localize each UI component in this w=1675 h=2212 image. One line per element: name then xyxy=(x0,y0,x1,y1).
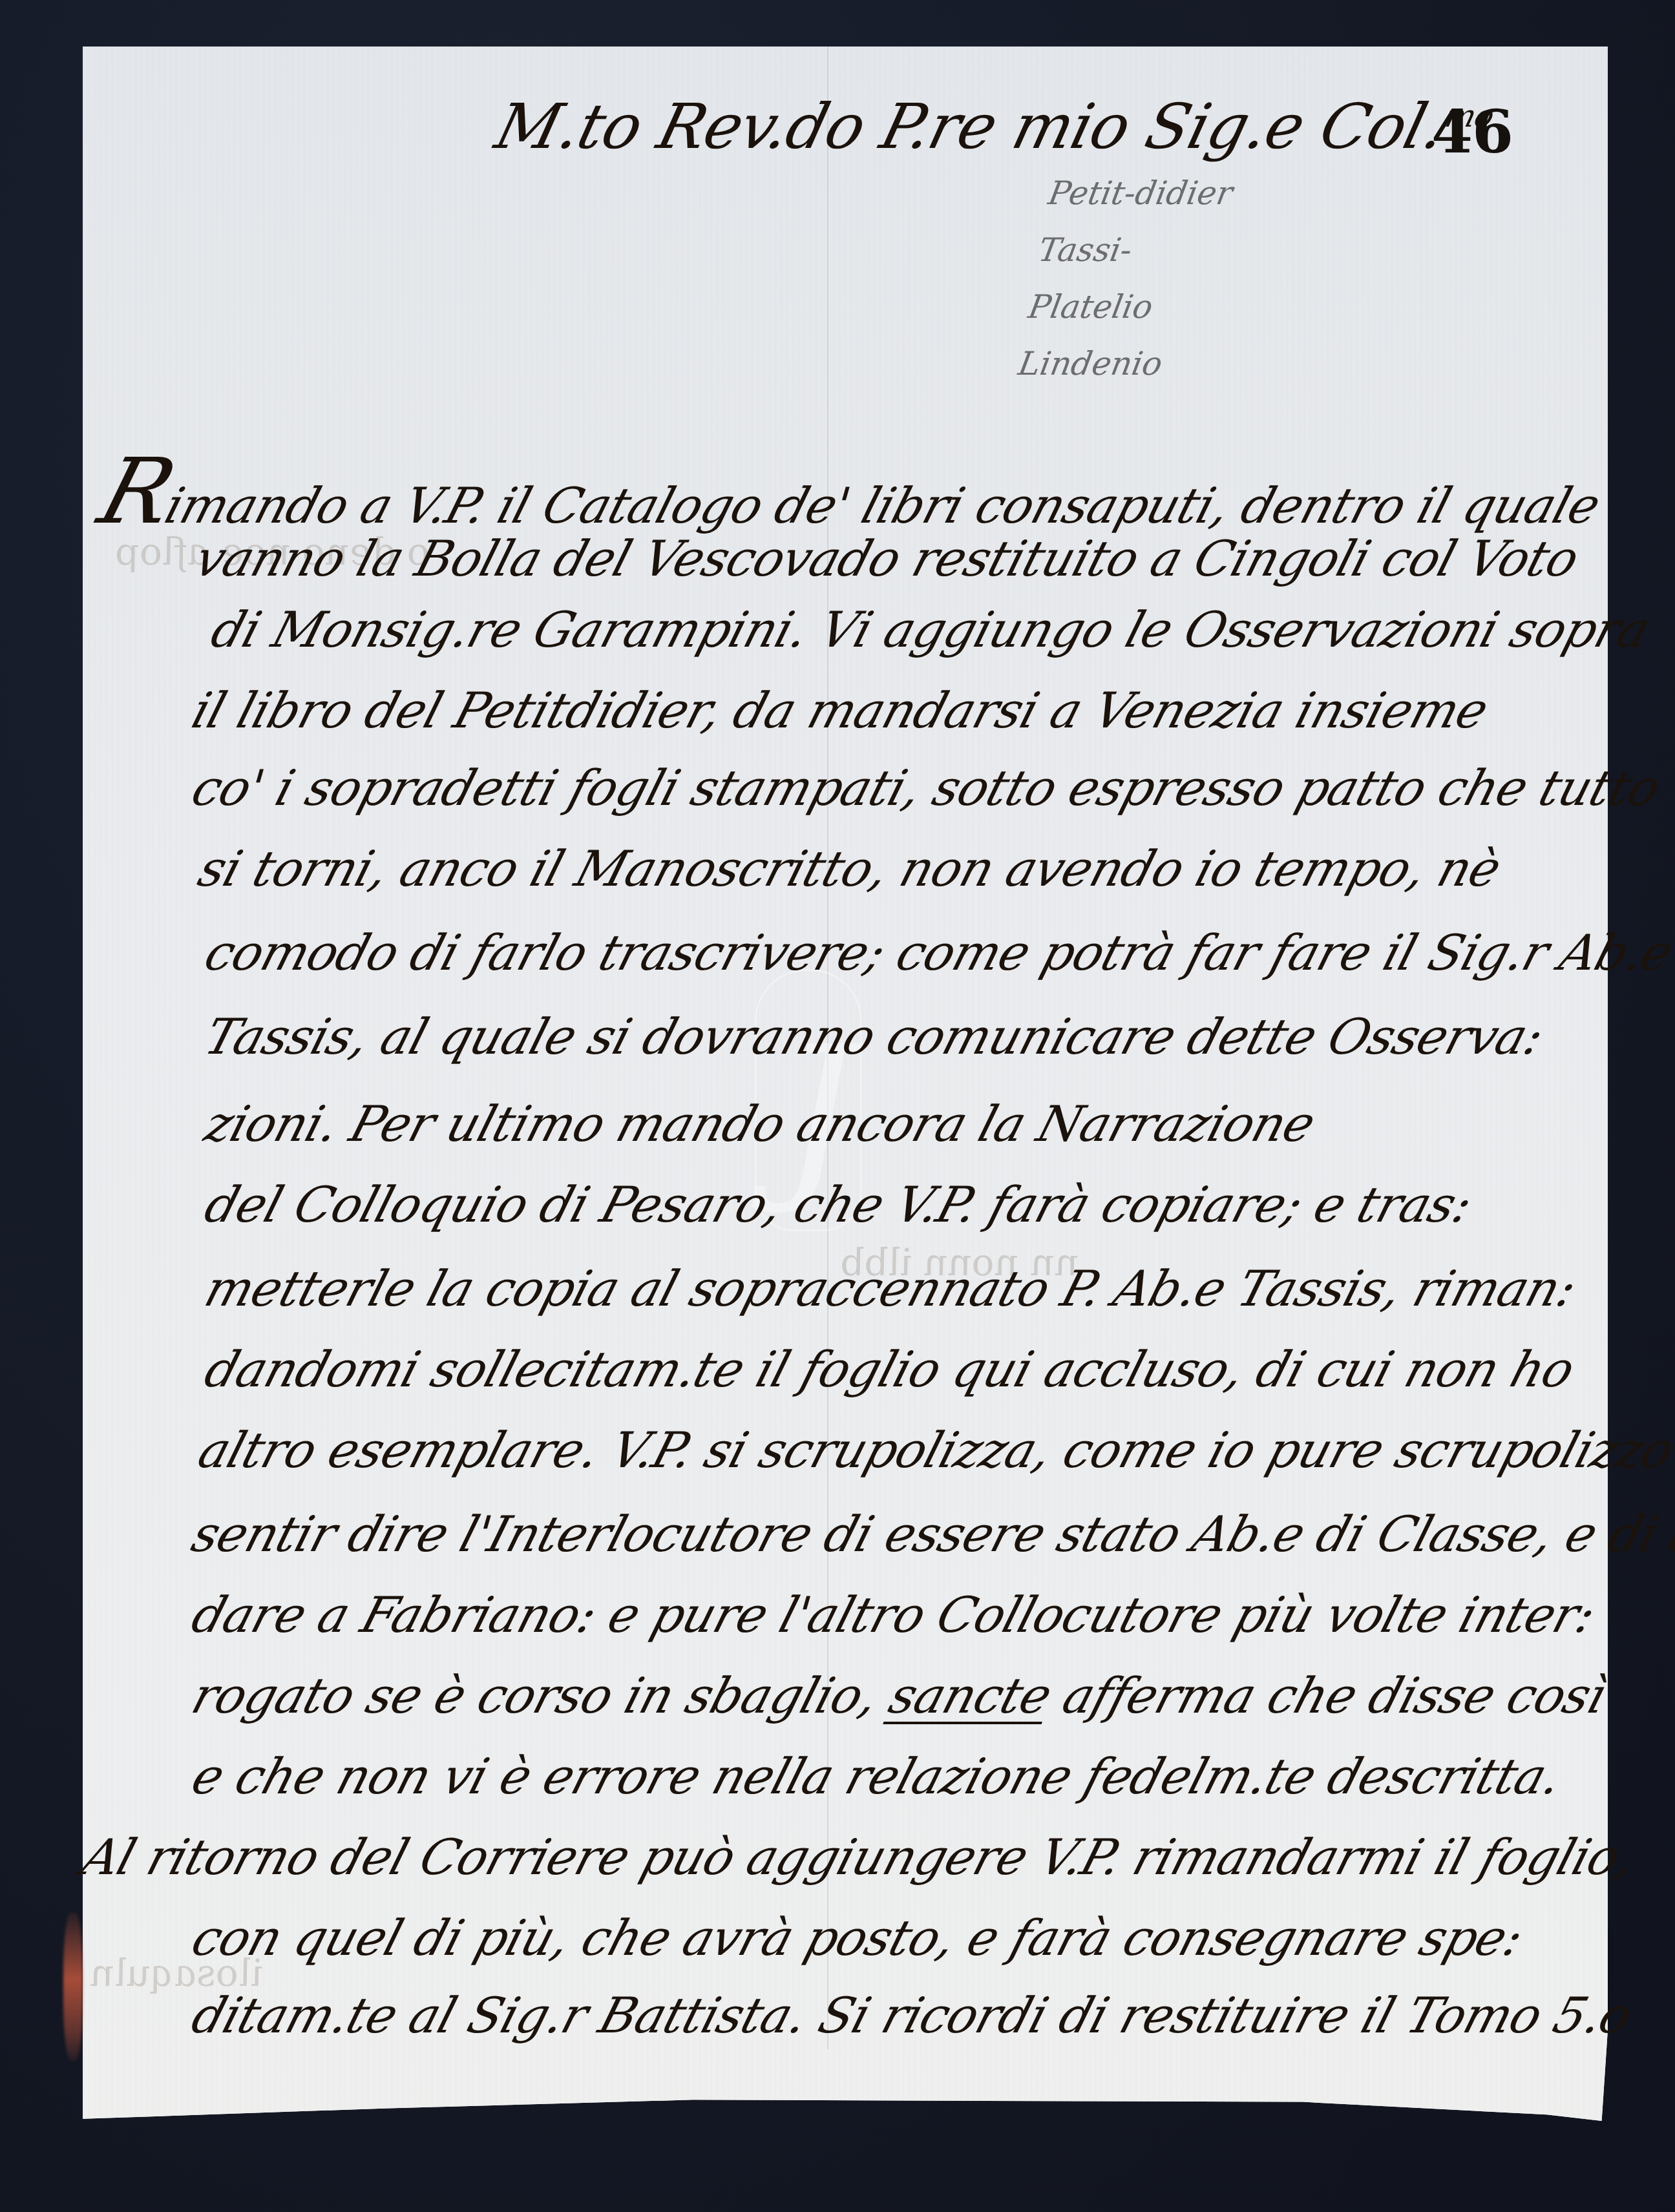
pencil-annotation-line: Lindenio xyxy=(1014,335,1207,392)
letter-line: del Colloquio di Pesaro, che V.P. farà c… xyxy=(198,1176,1479,1233)
letter-line: altro esemplare. V.P. si scrupolizza, co… xyxy=(192,1421,1675,1479)
letter-line-part: rogato se è corso in sbaglio, xyxy=(185,1667,900,1724)
letter-line-part: afferma che disse così xyxy=(1042,1667,1612,1724)
letter-line: di Monsig.re Garampini. Vi aggiungo le O… xyxy=(205,601,1656,658)
letter-line: Tassis, al quale si dovranno comunicare … xyxy=(198,1008,1550,1065)
letter-line: Al ritorno del Corriere può aggiungere V… xyxy=(76,1828,1641,1886)
pencil-annotation-line: Tassi- xyxy=(1034,222,1227,278)
red-wax-stain xyxy=(63,1912,83,2061)
letter-line: dandomi sollecitam.te il foglio qui accl… xyxy=(198,1341,1581,1398)
letter-line: vanno la Bolla del Vescovado restituito … xyxy=(189,530,1585,587)
letter-line: rogato se è corso in sbaglio, sancte aff… xyxy=(185,1667,1612,1724)
letter-line: comodo di farlo trascrivere; come potrà … xyxy=(198,924,1675,981)
letter-line: con quel di più, che avrà posto, e farà … xyxy=(185,1909,1529,1967)
letter-line: zioni. Per ultimo mando ancora la Narraz… xyxy=(198,1095,1321,1153)
letter-line: dare a Fabriano: e pure l'altro Collocut… xyxy=(185,1586,1601,1643)
letter-line: e che non vi è errore nella relazione fe… xyxy=(185,1748,1568,1805)
underlined-word: sancte xyxy=(883,1667,1058,1724)
pencil-annotation-line: Petit-didier xyxy=(1044,165,1238,222)
letter-line: si torni, anco il Manoscritto, non avend… xyxy=(192,840,1507,897)
letter-line: co' i sopradetti fogli stampati, sotto e… xyxy=(185,759,1666,817)
letter-line: il libro del Petitdidier, da mandarsi a … xyxy=(185,682,1494,739)
folio-number: 46 xyxy=(1431,97,1513,167)
letter-line: Rimando a V.P. il Catalogo de' libri con… xyxy=(89,439,1617,545)
letter-line: sentir dire l'Interlocutore di essere st… xyxy=(185,1505,1675,1563)
salutation: M.to Rev.do P.re mio Sig.e Col.mo xyxy=(489,90,1499,163)
salutation-text: M.to Rev.do P.re mio Sig.e Col. xyxy=(489,90,1453,163)
pencil-annotation-line: Platelio xyxy=(1024,278,1217,335)
letter-line: ditam.te al Sig.r Battista. Si ricordi d… xyxy=(185,1987,1638,2044)
letter-line: metterle la copia al sopraccennato P. Ab… xyxy=(198,1260,1583,1317)
